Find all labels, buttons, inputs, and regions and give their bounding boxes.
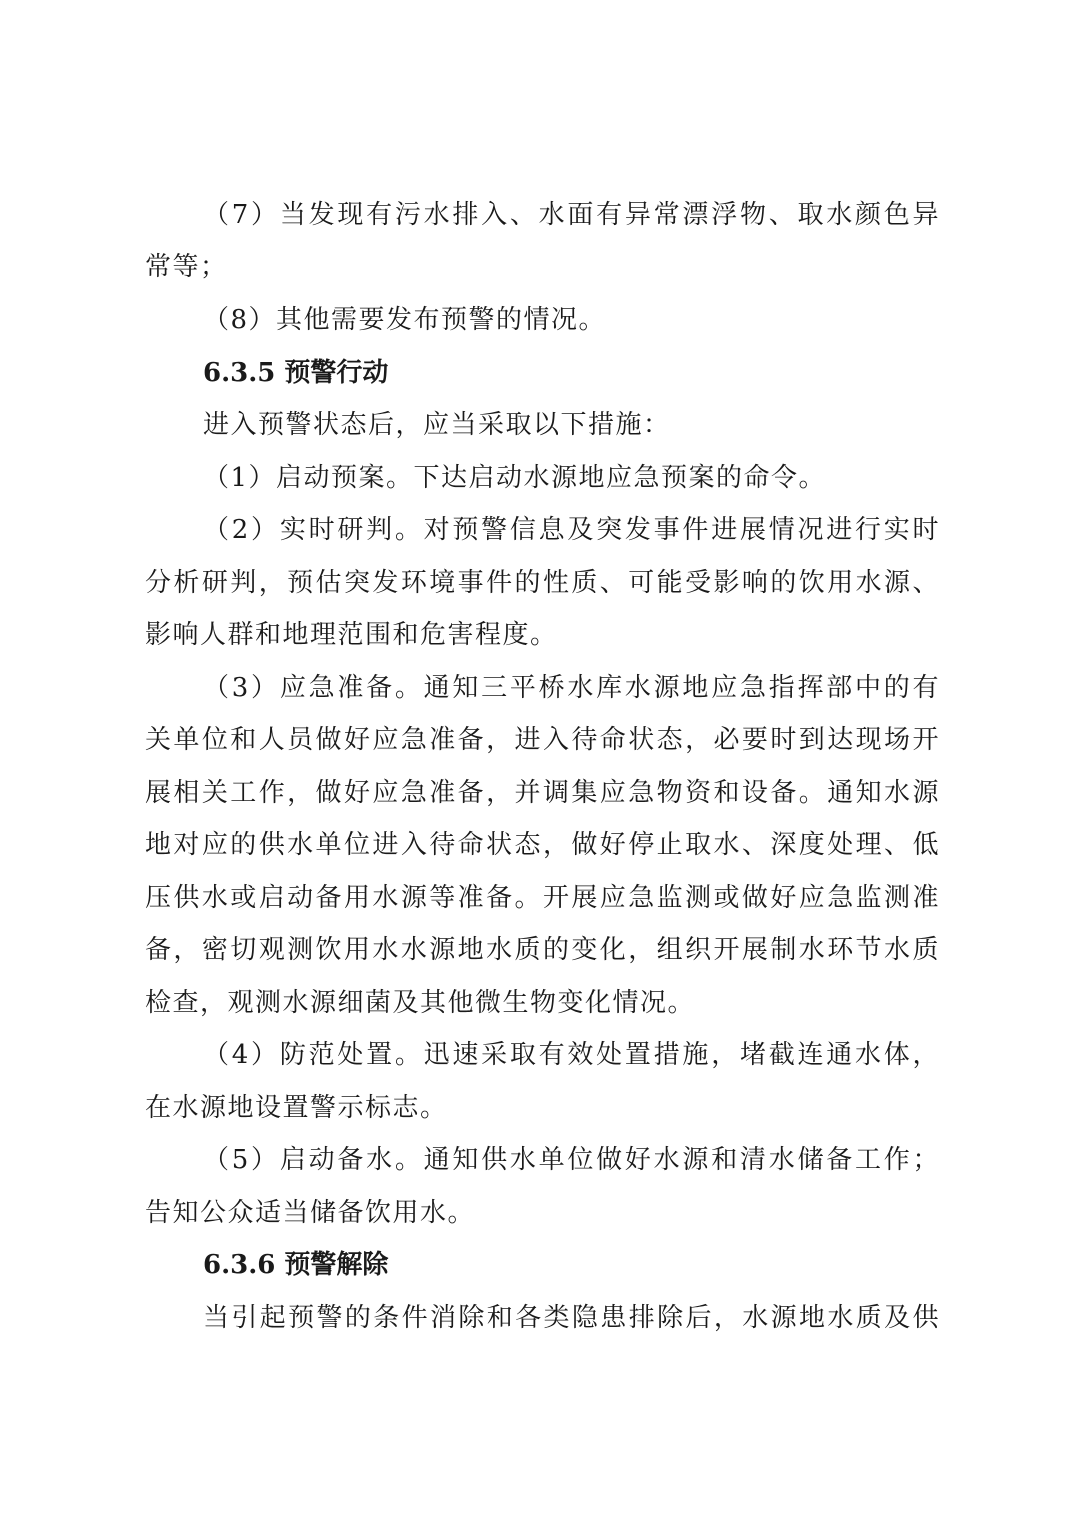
paragraph-line: 常等；	[145, 250, 945, 284]
paragraph-line: （2）实时研判。对预警信息及突发事件进展情况进行实时	[203, 513, 940, 547]
section-heading-6-3-5: 6.3.5 预警行动	[203, 356, 1003, 390]
paragraph-line: （7）当发现有污水排入、水面有异常漂浮物、取水颜色异	[203, 198, 940, 232]
paragraph-line: 备，密切观测饮用水水源地水质的变化，组织开展制水环节水质	[145, 933, 940, 967]
paragraph-line: （4）防范处置。迅速采取有效处置措施，堵截连通水体，	[203, 1038, 940, 1072]
paragraph-line: 地对应的供水单位进入待命状态，做好停止取水、深度处理、低	[145, 828, 940, 862]
paragraph-line: （5）启动备水。通知供水单位做好水源和清水储备工作；	[203, 1143, 940, 1177]
paragraph-line: 当引起预警的条件消除和各类隐患排除后，水源地水质及供	[203, 1301, 940, 1335]
paragraph-line: 压供水或启动备用水源等准备。开展应急监测或做好应急监测准	[145, 881, 940, 915]
paragraph-line: 告知公众适当储备饮用水。	[145, 1196, 945, 1230]
section-heading-6-3-6: 6.3.6 预警解除	[203, 1248, 1003, 1282]
paragraph-line: （8）其他需要发布预警的情况。	[203, 303, 1003, 337]
paragraph-line: （1）启动预案。下达启动水源地应急预案的命令。	[203, 461, 1003, 495]
document-page: （7）当发现有污水排入、水面有异常漂浮物、取水颜色异 常等； （8）其他需要发布…	[0, 0, 1074, 1520]
paragraph-line: 检查，观测水源细菌及其他微生物变化情况。	[145, 986, 945, 1020]
paragraph-line: 在水源地设置警示标志。	[145, 1091, 945, 1125]
paragraph-line: 展相关工作，做好应急准备，并调集应急物资和设备。通知水源	[145, 776, 940, 810]
paragraph-line: 进入预警状态后，应当采取以下措施：	[203, 408, 1003, 442]
paragraph-line: 影响人群和地理范围和危害程度。	[145, 618, 945, 652]
paragraph-line: 分析研判，预估突发环境事件的性质、可能受影响的饮用水源、	[145, 566, 940, 600]
paragraph-line: 关单位和人员做好应急准备，进入待命状态，必要时到达现场开	[145, 723, 940, 757]
paragraph-line: （3）应急准备。通知三平桥水库水源地应急指挥部中的有	[203, 671, 940, 705]
